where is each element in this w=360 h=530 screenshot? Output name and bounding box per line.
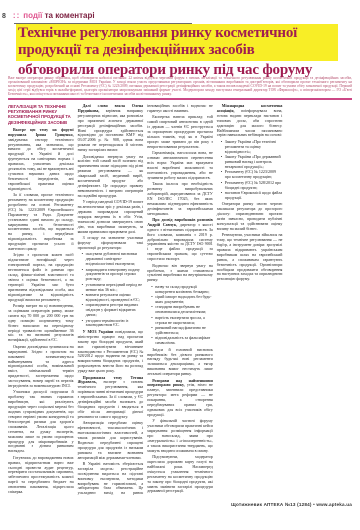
lead-paragraph: Вже вкотре оператори ринку зібралися, що… — [8, 76, 352, 96]
article-paragraph: Далі слово взяла Олена Пруднікова, керів… — [78, 104, 144, 153]
article-paragraph: У фінальній частині форуму учасники обго… — [147, 419, 213, 453]
article-columns: Легалізація та технічне регулювання ринк… — [8, 104, 352, 498]
paragraph-lead-in: Вкотре цю тему на форумі порушила Ірина … — [8, 127, 74, 137]
paragraph-lead-in: Розправи над найменшими операторами ринк… — [147, 378, 213, 388]
section-title-part2: та коментарі — [45, 11, 95, 20]
article-paragraph: Оператори ринку своєю чергою закликали р… — [217, 202, 283, 231]
article-paragraph: Продовжила тему Тетяна Журавель, експерт… — [78, 376, 144, 420]
section-marker: :: — [13, 11, 20, 20]
bullet-item: відповідальність за фальсифікат символіч… — [152, 336, 213, 346]
lead-divider-rule — [8, 98, 352, 100]
page-footer: Щотижневик АПТЕКА №13 (1284) • www.aptek… — [231, 502, 352, 507]
bullet-item: оприлюднити реєстри виданих свідоцтв у ф… — [83, 303, 144, 318]
article-paragraph: За її словами, проєкт технічного регламе… — [8, 193, 74, 252]
article-paragraph: Резюмуючи, учасники зійшлися на тому, що… — [217, 233, 283, 282]
article-headline: Технічне регулювання ринку косметичної п… — [16, 24, 352, 79]
article-subhead: Легалізація та технічне регулювання ринк… — [8, 104, 74, 125]
bullet-item: узгодити термінологію із законодавством … — [83, 319, 144, 329]
newspaper-page: 8::події та коментарі Технічне регулюван… — [0, 0, 360, 530]
article-paragraph: Окремо доповідачка зупинилася на маркува… — [8, 345, 74, 389]
article-paragraph: З огляду на зазначене учасники форуму сф… — [78, 236, 144, 251]
article-paragraph: Учасники дискусії порушили й проблему та… — [8, 390, 74, 454]
article-paragraph: Авторизація передбачає оцінку ефективнос… — [78, 421, 144, 460]
bullet-item: настанов Єврокомісії щодо файла продукці… — [222, 191, 283, 201]
bullet-item: Регламенту (ЄС) № 1223/2009 про косметич… — [222, 170, 283, 180]
article-paragraph: Водночас він звернув увагу на проблеми, … — [147, 264, 213, 284]
article-paragraph: Розмір витрат на ці нововведення, за оці… — [8, 304, 74, 343]
article-paragraph: У МОЗ України повідомили, що міністерств… — [78, 330, 144, 374]
bullet-item: стандарти випробувань не оновлювалися де… — [152, 305, 213, 315]
bullet-list: скасувати дублюючі висновки державної са… — [78, 252, 144, 328]
section-header: 8::події та коментарі — [2, 10, 352, 23]
page-number: 8 — [2, 13, 6, 20]
article-paragraph: Підсумовуючи, модератор окреслила дорожн… — [147, 455, 213, 494]
article-paragraph: У період пандемії COVID-19 попит на анти… — [78, 200, 144, 234]
bullet-item: Закону України «Про технічні регламенти … — [222, 140, 283, 155]
paragraph-lead-in: Далі слово взяла Олена Пруднікова, — [78, 104, 144, 113]
headline-line-1: Технічне регулювання ринку косметичної — [18, 25, 336, 42]
bullet-item: Закону України «Про державний ринковий н… — [222, 155, 283, 170]
bullet-item: Регламенту (ЄС) № 528/2012 про біоцидні … — [222, 181, 283, 191]
article-paragraph: Розправи над найменшими операторами ринк… — [147, 379, 213, 418]
section-title-part1: події — [23, 11, 42, 20]
bullet-list: назву та склад продукції конкуренти копі… — [147, 285, 213, 346]
article-paragraph: Про досвід виробників розповів Андрій Са… — [147, 218, 213, 262]
article-paragraph: Доповідачка звернула увагу на колізію: т… — [78, 155, 144, 199]
article-paragraph: Звідси й головний висновок виробників: б… — [147, 348, 213, 377]
article-paragraph: Вкотре цю тему на форумі порушила Ірина … — [8, 128, 74, 192]
bullet-item: запровадити електронну подачу документів… — [83, 268, 144, 283]
article-paragraph: Міжнародна косметична асоціація, поінфор… — [217, 104, 283, 138]
article-paragraph: Готуючись до впровадження нових правил, … — [8, 456, 74, 495]
paragraph-lead-in: Міжнародна косметична асоціація, — [217, 104, 283, 113]
bullet-list: Закону України «Про технічні регламенти … — [217, 140, 283, 201]
headline-line-2: продукції та дезінфекційних засобів — [18, 42, 336, 59]
bullet-item: скасувати дублюючі висновки державної са… — [83, 252, 144, 267]
paragraph-lead-in: Продовжила тему Тетяна Журавель, — [78, 375, 144, 385]
article-paragraph: Експертка навела приклад: той самий спир… — [147, 115, 213, 149]
article-paragraph: Гармонізація, наголосила вона, не означа… — [147, 151, 213, 180]
bullet-item: вартість експертизи зросла, а строки не … — [152, 316, 213, 326]
article-paragraph: Згідно з проєктом кожен засіб підлягатим… — [8, 253, 74, 302]
article-paragraph: Також ішлося про необхідність розвитку в… — [147, 182, 213, 216]
paragraph-lead-in: У МОЗ України — [83, 329, 116, 334]
paragraph-lead-in: Про досвід виробників розповів Андрій Са… — [147, 217, 213, 227]
headline-highlight: Технічне регулювання ринку косметичної п… — [16, 24, 338, 61]
